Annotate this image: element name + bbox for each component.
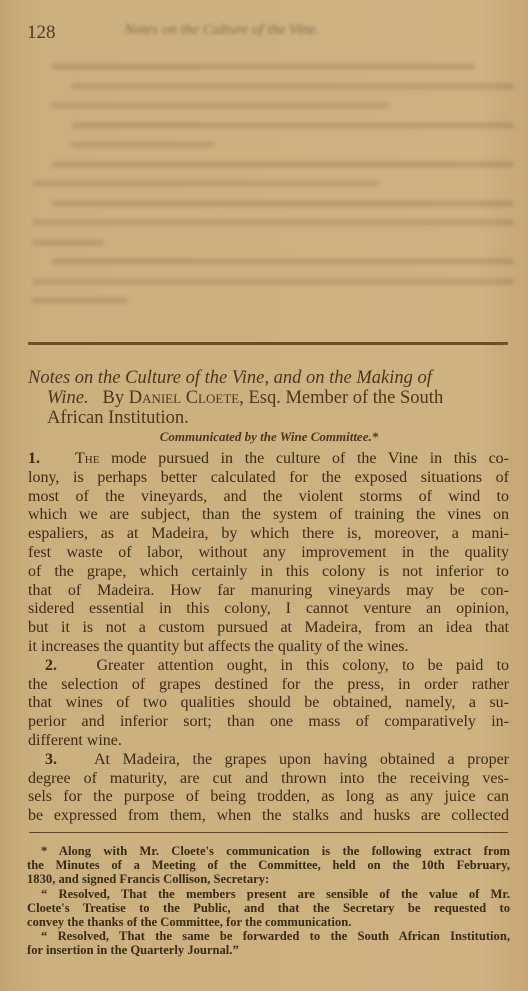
paragraph-3: 3. At Madeira, the grapes upon having ob… (28, 751, 509, 826)
article-body: 1. The mode pursued in the culture of th… (28, 450, 509, 826)
book-page: 128 Notes on the Culture of the Vine. No… (0, 0, 528, 991)
paragraph-1: 1. The mode pursued in the culture of th… (28, 450, 509, 657)
blurred-line (51, 259, 514, 264)
communicated-by: Communicated by the Wine Committee.* (0, 429, 528, 445)
blurred-line (32, 240, 104, 245)
blurred-line (32, 181, 379, 186)
title-line-3: African Institution. (28, 408, 513, 428)
paragraph-2: 2. Greater attention ought, in this colo… (28, 657, 509, 751)
footnote: * Along with Mr. Cloete's communication … (27, 844, 510, 958)
blurred-line (32, 220, 514, 225)
blurred-line (32, 279, 514, 284)
author-name: Daniel Cloete (129, 388, 239, 408)
title-line-2: Wine. By Daniel Cloete, Esq. Member of t… (28, 388, 513, 408)
article-title: Notes on the Culture of the Vine, and on… (28, 368, 513, 428)
footnote-divider (29, 832, 508, 833)
blurred-line (51, 64, 475, 69)
page-number: 128 (27, 22, 56, 44)
running-head: 128 Notes on the Culture of the Vine. (27, 22, 508, 46)
blurred-line (51, 162, 514, 167)
blurred-line (51, 201, 514, 206)
blurred-previous-text (32, 64, 514, 319)
blurred-line (51, 103, 388, 108)
blurred-line (32, 298, 128, 303)
section-divider (28, 342, 508, 345)
running-title: Notes on the Culture of the Vine. (124, 22, 319, 39)
blurred-line (71, 84, 514, 89)
title-line-1: Notes on the Culture of the Vine, and on… (28, 368, 513, 388)
blurred-line (71, 142, 216, 147)
blurred-line (71, 123, 514, 128)
